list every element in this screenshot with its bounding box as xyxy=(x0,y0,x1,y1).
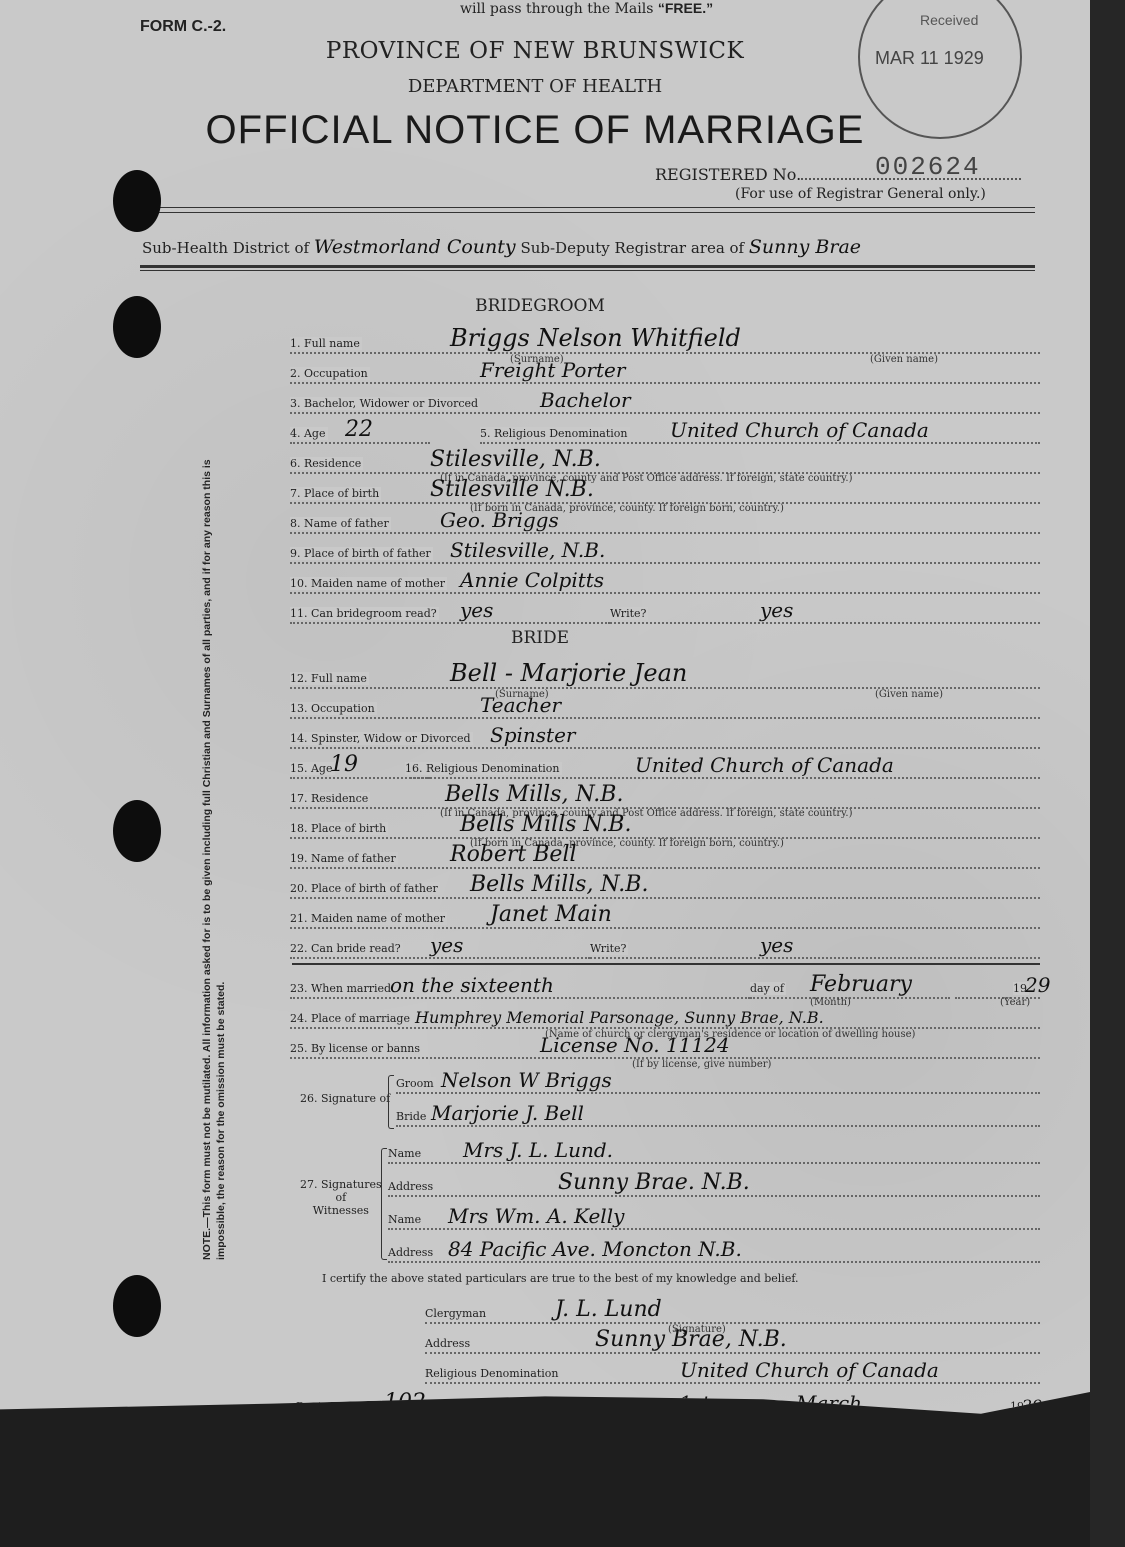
registered-number-value: 002624 xyxy=(875,152,981,182)
groom-marital-status-field: 3. Bachelor, Widower or DivorcedBachelor xyxy=(290,390,1040,414)
sub-health-label: Sub-Health District of xyxy=(142,239,309,257)
divider xyxy=(140,265,1035,268)
groom-age-field: 4. Age22 xyxy=(290,420,430,444)
groom-birthplace-field: 7. Place of birthStilesville N.B. xyxy=(290,480,1040,504)
bridegroom-heading: BRIDEGROOM xyxy=(0,296,1080,316)
bride-signature-field: BrideMarjorie J. Bell xyxy=(396,1103,1040,1127)
divider xyxy=(140,212,1035,213)
license-hint: (If by license, give number) xyxy=(632,1059,771,1070)
department-heading: DEPARTMENT OF HEALTH xyxy=(0,76,1070,97)
bride-residence-field: 17. ResidenceBells Mills, N.B. xyxy=(290,785,1040,809)
bride-father-birthplace-field: 20. Place of birth of fatherBells Mills,… xyxy=(290,875,1040,899)
filed-day-field: Filed at this office1st xyxy=(524,1393,744,1417)
groom-full-name-field: 1. Full nameBriggs Nelson Whitfield xyxy=(290,330,1040,354)
sub-deputy-value: Sunny Brae xyxy=(749,236,861,258)
filing-registered-number-field: Registered No.102 xyxy=(296,1393,511,1417)
brace xyxy=(388,1075,394,1129)
brace xyxy=(381,1148,387,1260)
witness2-address-field: Address84 Pacific Ave. Moncton N.B. xyxy=(388,1239,1040,1263)
mail-note: will pass through the Mails “FREE.” xyxy=(460,0,713,17)
signature-label: 26. Signature of xyxy=(300,1092,390,1105)
bride-heading: BRIDE xyxy=(0,628,1080,648)
marriage-notice-form: will pass through the Mails “FREE.” FORM… xyxy=(0,0,1090,1450)
filed-year-field: 1929 xyxy=(950,1393,1040,1417)
divider xyxy=(292,963,1040,965)
divider xyxy=(140,207,1035,208)
place-of-marriage-field: 24. Place of marriageHumphrey Memorial P… xyxy=(290,1005,1040,1029)
groom-father-birthplace-field: 9. Place of birth of fatherStilesville, … xyxy=(290,540,1040,564)
groom-occupation-field: 2. OccupationFreight Porter xyxy=(290,360,1040,384)
side-note: NOTE.—This form must not be mutilated. A… xyxy=(200,400,228,1260)
divider xyxy=(140,270,1035,271)
clergyman-signature-field: ClergymanJ. L. Lund xyxy=(425,1300,1040,1324)
clergyman-denomination-field: Religious DenominationUnited Church of C… xyxy=(425,1360,1040,1384)
license-field: 25. By license or bannsLicense No. 11124 xyxy=(290,1035,1040,1059)
document-title: OFFICIAL NOTICE OF MARRIAGE xyxy=(0,108,1070,153)
sub-deputy-label: Sub-Deputy Registrar area of xyxy=(520,239,744,257)
when-married-field: 23. When marriedon the sixteenth xyxy=(290,975,750,999)
province-heading: PROVINCE OF NEW BRUNSWICK xyxy=(0,38,1070,64)
form-number: FORM C.-2. xyxy=(140,18,226,36)
groom-signature-field: GroomNelson W Briggs xyxy=(396,1070,1040,1094)
district-line: Sub-Health District of Westmorland Count… xyxy=(142,236,861,258)
registrar-signature-field: H. M. Lambert xyxy=(820,1420,1040,1444)
groom-can-read-field: 11. Can bridegroom read?yes xyxy=(290,600,610,624)
registrar-caption: Signature of Sub-Deputy Registrar. xyxy=(822,1440,1019,1451)
witnesses-label: 27. Signatures of Witnesses xyxy=(300,1178,382,1217)
groom-religion-field: 5. Religious DenominationUnited Church o… xyxy=(480,420,1040,444)
groom-mother-maiden-name-field: 10. Maiden name of motherAnnie Colpitts xyxy=(290,570,1040,594)
scan-edge xyxy=(1090,0,1125,1547)
bride-religion-field: 16. Religious DenominationUnited Church … xyxy=(405,755,1040,779)
stamp-text: Received xyxy=(920,12,978,28)
bride-full-name-field: 12. Full nameBell - Marjorie Jean xyxy=(290,665,1040,689)
clergyman-address-field: AddressSunny Brae, N.B. xyxy=(425,1330,1040,1354)
year-field: 1929 xyxy=(955,975,1040,999)
punch-hole xyxy=(113,800,161,862)
groom-father-name-field: 8. Name of fatherGeo. Briggs xyxy=(290,510,1040,534)
bride-can-write-field: Write?yes xyxy=(590,935,1040,959)
witness1-name-field: NameMrs J. L. Lund. xyxy=(388,1140,1040,1164)
bride-father-name-field: 19. Name of fatherRobert Bell xyxy=(290,845,1040,869)
bride-can-read-field: 22. Can bride read?yes xyxy=(290,935,590,959)
bride-marital-status-field: 14. Spinster, Widow or DivorcedSpinster xyxy=(290,725,1040,749)
bride-birthplace-field: 18. Place of birthBells Mills N.B. xyxy=(290,815,1040,839)
bride-occupation-field: 13. OccupationTeacher xyxy=(290,695,1040,719)
groom-can-write-field: Write?yes xyxy=(610,600,1040,624)
sub-health-value: Westmorland County xyxy=(314,236,516,258)
punch-hole xyxy=(113,296,161,358)
witness2-name-field: NameMrs Wm. A. Kelly xyxy=(388,1206,1040,1230)
groom-residence-field: 6. ResidenceStilesville, N.B. xyxy=(290,450,1040,474)
registrar-note: (For use of Registrar General only.) xyxy=(735,186,986,202)
filed-month-field: day ofMarch xyxy=(746,1393,946,1417)
certification-statement: I certify the above stated particulars a… xyxy=(322,1272,799,1285)
bride-mother-maiden-name-field: 21. Maiden name of motherJanet Main xyxy=(290,905,1040,929)
month-field: day ofFebruary xyxy=(750,975,950,999)
witness1-address-field: AddressSunny Brae. N.B. xyxy=(388,1173,1040,1197)
punch-hole xyxy=(113,170,161,232)
punch-hole xyxy=(113,1275,161,1337)
